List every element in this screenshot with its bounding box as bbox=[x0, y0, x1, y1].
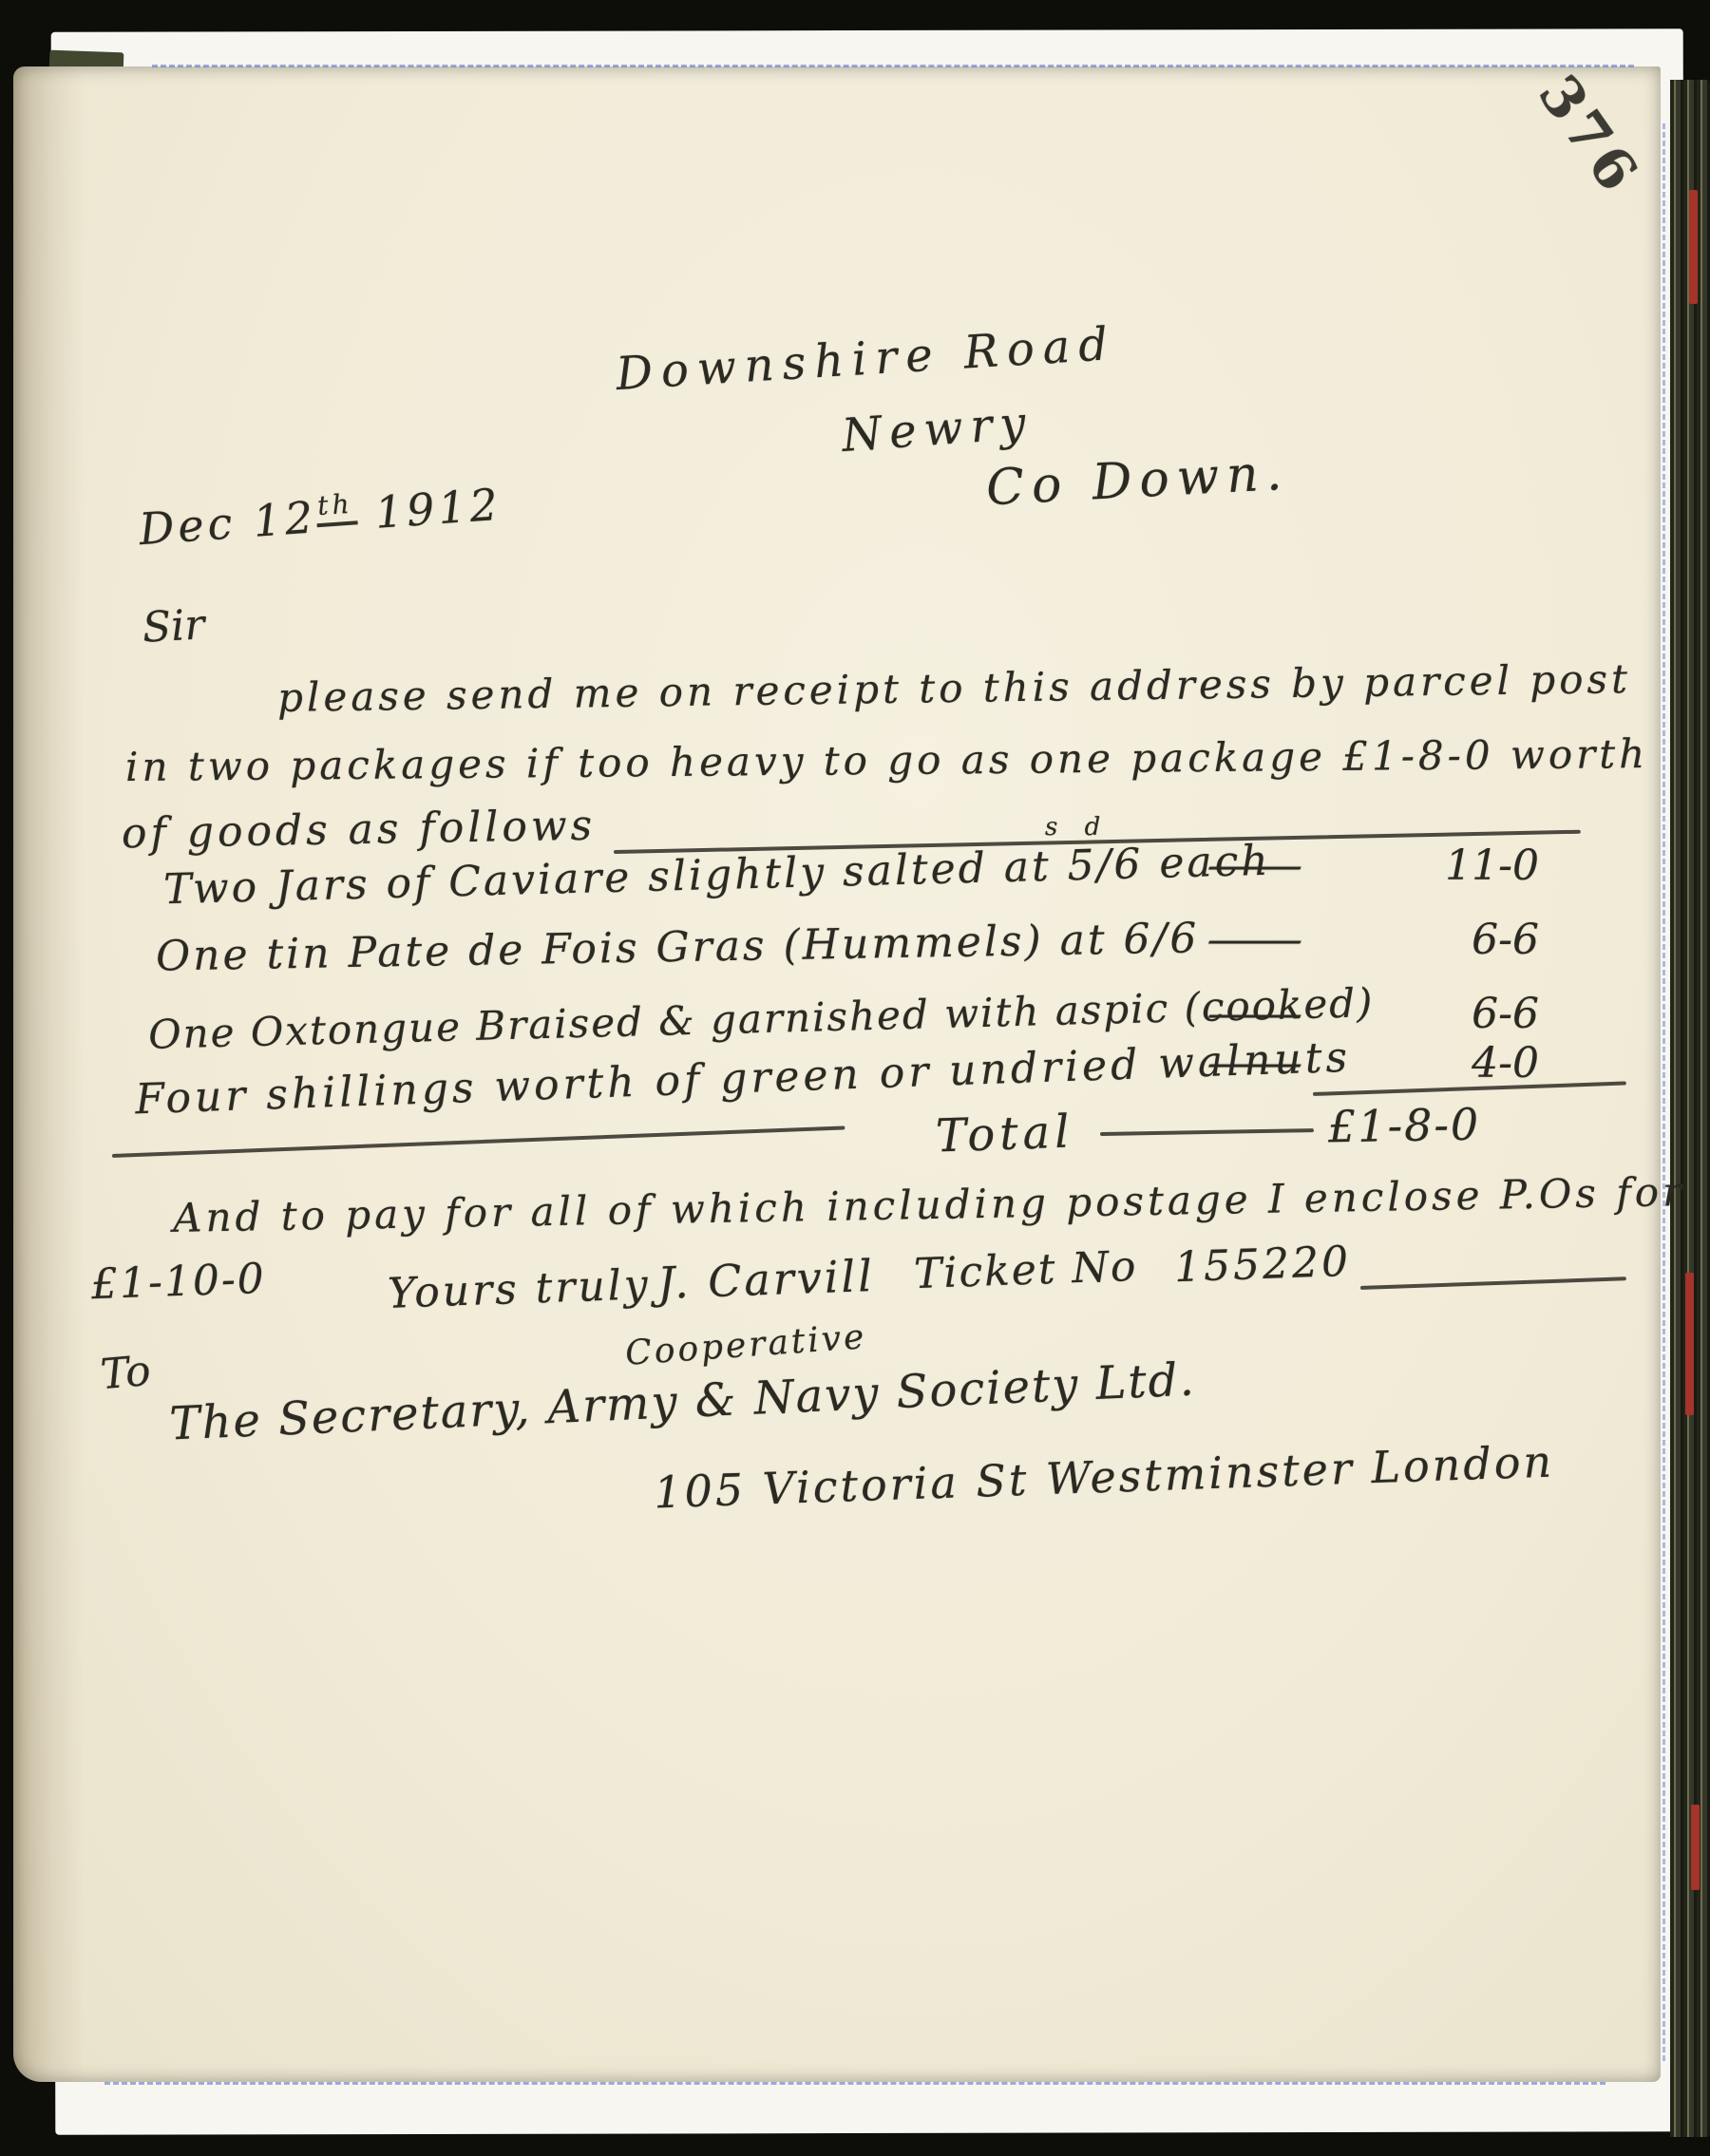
page-edge-red-mark bbox=[1689, 190, 1698, 304]
price-dash: — bbox=[1205, 916, 1305, 964]
price-value: 4-0 bbox=[1472, 1039, 1539, 1087]
price-dash: — bbox=[1205, 1039, 1305, 1087]
price-dash: — bbox=[1205, 842, 1305, 890]
item-row-1-price: — 11-0 bbox=[1205, 842, 1539, 890]
date-year: 1912 bbox=[373, 479, 503, 539]
blue-dotted-edge-right bbox=[1662, 123, 1665, 2061]
recipient-to: To bbox=[99, 1347, 153, 1399]
total-label: Total bbox=[935, 1105, 1074, 1163]
left-fold-shadow bbox=[13, 66, 104, 2082]
item-row-1-sd-superscript: s d bbox=[1045, 813, 1110, 842]
ticket-label: Ticket No bbox=[913, 1242, 1138, 1298]
item-row-2-price: — 6-6 bbox=[1205, 916, 1539, 964]
salutation: Sir bbox=[142, 600, 206, 652]
page-edge-red-mark bbox=[1691, 1805, 1700, 1890]
closing-amount: £1-10-0 bbox=[90, 1255, 266, 1309]
blue-dotted-edge-top bbox=[152, 65, 1634, 67]
price-value: 6-6 bbox=[1472, 990, 1539, 1038]
date-ordinal-suffix: th bbox=[314, 487, 358, 527]
scanned-letter-page: 376 Downshire Road Newry Co Down. Dec 12… bbox=[0, 0, 1710, 2156]
price-value: 6-6 bbox=[1472, 916, 1539, 964]
blue-dotted-edge-bottom bbox=[104, 2082, 1605, 2085]
book-page-edges bbox=[1670, 80, 1710, 2137]
price-dash: — bbox=[1205, 990, 1305, 1038]
page-edge-red-mark bbox=[1685, 1273, 1694, 1415]
opening-line3: of goods as follows bbox=[122, 802, 597, 859]
price-value: 11-0 bbox=[1445, 842, 1539, 890]
item-row-4-price: — 4-0 bbox=[1205, 1039, 1539, 1087]
item-row-3-price: — 6-6 bbox=[1205, 990, 1539, 1038]
valediction: Yours truly bbox=[387, 1260, 651, 1318]
signature: J. Carvill bbox=[656, 1250, 876, 1309]
total-value: £1-8-0 bbox=[1328, 1099, 1481, 1153]
ticket-number: 155220 bbox=[1173, 1238, 1352, 1292]
